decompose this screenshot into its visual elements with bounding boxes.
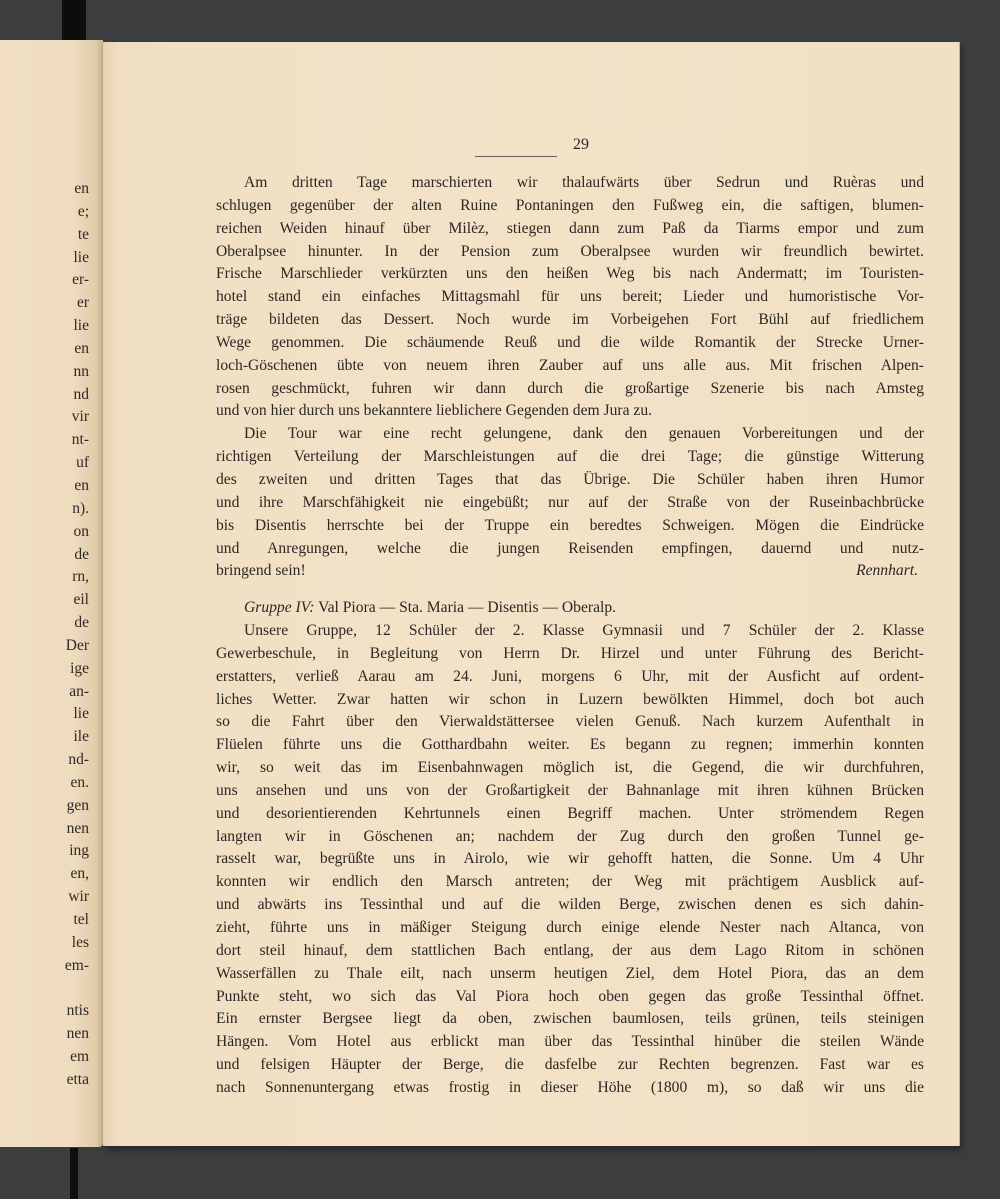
text-line: schlugen gegenüber der alten Ruine Ponta… [216,195,924,218]
text-line: nach Sonnenuntergang etwas frostig in di… [216,1077,924,1100]
text-line: uns ansehen und uns von der Großartigkei… [216,780,924,803]
text-line: Die Tour war eine recht gelungene, dank … [216,423,924,446]
left-page: ene;telieer-erlieennnndvirnt-ufenn).onde… [0,40,103,1147]
paragraph-2: Die Tour war eine recht gelungene, dank … [216,423,924,560]
author-signature: Rennhart. [856,560,924,583]
left-text-fragment: lie [65,315,89,338]
left-text-fragment: ing [65,840,89,863]
left-text-fragment: er [65,292,89,315]
left-text-fragment: vir [65,406,89,429]
text-line: hotel stand ein einfaches Mittagsmahl fü… [216,286,924,309]
section-heading: Gruppe IV: Val Piora — Sta. Maria — Dise… [216,597,924,620]
text-line: zieht, führte uns in mäßiger Steigung du… [216,917,924,940]
text-line: Wasserfällen zu Thale eilt, nach unserm … [216,963,924,986]
left-text-fragment: on [65,521,89,544]
text-line: Unsere Gruppe, 12 Schüler der 2. Klasse … [216,620,924,643]
text-line: reichen Weiden hinauf über Milèz, stiege… [216,218,924,241]
closing-text: bringend sein! [216,560,306,583]
text-line: dort steil hinauf, dem stattlichen Bach … [216,940,924,963]
left-text-fragment: en [65,178,89,201]
section-route: Val Piora — Sta. Maria — Disentis — Ober… [318,599,616,616]
left-text-fragment: nen [65,818,89,841]
left-text-fragment: les [65,932,89,955]
text-line: richtigen Verteilung der Marschleistunge… [216,446,924,469]
text-line: bis Disentis herrschte bei der Truppe ei… [216,515,924,538]
text-line: und von hier durch uns bekanntere liebli… [216,400,924,423]
left-text-fragment: eil [65,589,89,612]
text-line: und ihre Marschfähigkeit nie eingebüßt; … [216,492,924,515]
text-line: Gewerbeschule, in Begleitung von Herrn D… [216,643,924,666]
left-text-fragment: en [65,338,89,361]
text-line: rasselt war, begrüßte uns in Airolo, wie… [216,848,924,871]
right-page: 29 Am dritten Tage marschierten wir thal… [103,42,960,1146]
left-text-fragment: e; [65,201,89,224]
text-line: wir, so weit das im Eisenbahnwagen mögli… [216,757,924,780]
left-text-fragment: an- [65,681,89,704]
text-line: und abwärts ins Tessinthal und auf die w… [216,894,924,917]
book-clip-bottom [70,1148,78,1199]
left-text-fragment: de [65,612,89,635]
left-text-fragment: rn, [65,566,89,589]
left-text-fragment: en. [65,772,89,795]
left-text-fragment: ige [65,658,89,681]
text-line: und desorientierenden Kehrtunnels einen … [216,803,924,826]
left-text-fragment: lie [65,247,89,270]
book-clip [62,0,86,40]
text-line: träge bildeten das Dessert. Noch wurde i… [216,309,924,332]
text-line: Flüelen führte uns die Gotthardbahn weit… [216,734,924,757]
text-line: langten wir in Göschenen an; nachdem der… [216,826,924,849]
page-number-rule [475,156,557,157]
text-line: liches Wetter. Zwar hatten wir schon in … [216,689,924,712]
left-text-fragment: em- [65,955,89,978]
left-text-fragment: gen [65,795,89,818]
left-text-fragment [65,978,89,1001]
text-line: Hängen. Vom Hotel aus erblickt man über … [216,1031,924,1054]
page-body: Am dritten Tage marschierten wir thalauf… [216,172,924,1100]
left-text-fragment: ile [65,726,89,749]
text-line: Punkte steht, wo sich das Val Piora hoch… [216,986,924,1009]
text-line: erstatters, verließ Aarau am 24. Juni, m… [216,666,924,689]
left-text-fragment: em [65,1046,89,1069]
left-text-fragment: nt- [65,429,89,452]
text-line: Frische Marschlieder verkürzten uns den … [216,263,924,286]
left-text-fragment: nen [65,1023,89,1046]
text-line: und Anregungen, welche die jungen Reisen… [216,538,924,561]
left-text-fragment: de [65,544,89,567]
left-text-fragment: nd [65,384,89,407]
left-text-fragment: er- [65,269,89,292]
text-line: und felsigen Häupter der Berge, die dasf… [216,1054,924,1077]
left-text-fragment: lie [65,703,89,726]
paragraph-2-closing: bringend sein! Rennhart. [216,560,924,583]
text-line: loch-Göschenen übte von neuem ihren Zaub… [216,355,924,378]
left-text-fragment: tel [65,909,89,932]
text-line: so die Fahrt über den Vierwaldstättersee… [216,711,924,734]
paragraph-1: Am dritten Tage marschierten wir thalauf… [216,172,924,423]
text-line: Ein ernster Bergsee liegt da oben, zwisc… [216,1008,924,1031]
left-text-fragment: ntis [65,1000,89,1023]
text-line: Oberalpsee hinunter. In der Pension zum … [216,241,924,264]
left-text-fragment: Der [65,635,89,658]
left-page-text-fragment: ene;telieer-erlieennnndvirnt-ufenn).onde… [65,178,89,1092]
left-text-fragment: uf [65,452,89,475]
left-text-fragment: en [65,475,89,498]
paragraph-3: Unsere Gruppe, 12 Schüler der 2. Klasse … [216,620,924,1100]
text-line: konnten wir endlich den Marsch antreten;… [216,871,924,894]
section-label: Gruppe IV: [244,599,314,616]
text-line: rosen geschmückt, fuhren wir dann durch … [216,378,924,401]
left-text-fragment: en, [65,863,89,886]
left-text-fragment: nn [65,361,89,384]
left-text-fragment: n). [65,498,89,521]
text-line: Am dritten Tage marschierten wir thalauf… [216,172,924,195]
text-line: des zweiten und dritten Tages that das Ü… [216,469,924,492]
left-text-fragment: wir [65,886,89,909]
page-number: 29 [103,136,959,154]
left-text-fragment: nd- [65,749,89,772]
left-text-fragment: etta [65,1069,89,1092]
left-text-fragment: te [65,224,89,247]
text-line: Wege genommen. Die schäumende Reuß und d… [216,332,924,355]
